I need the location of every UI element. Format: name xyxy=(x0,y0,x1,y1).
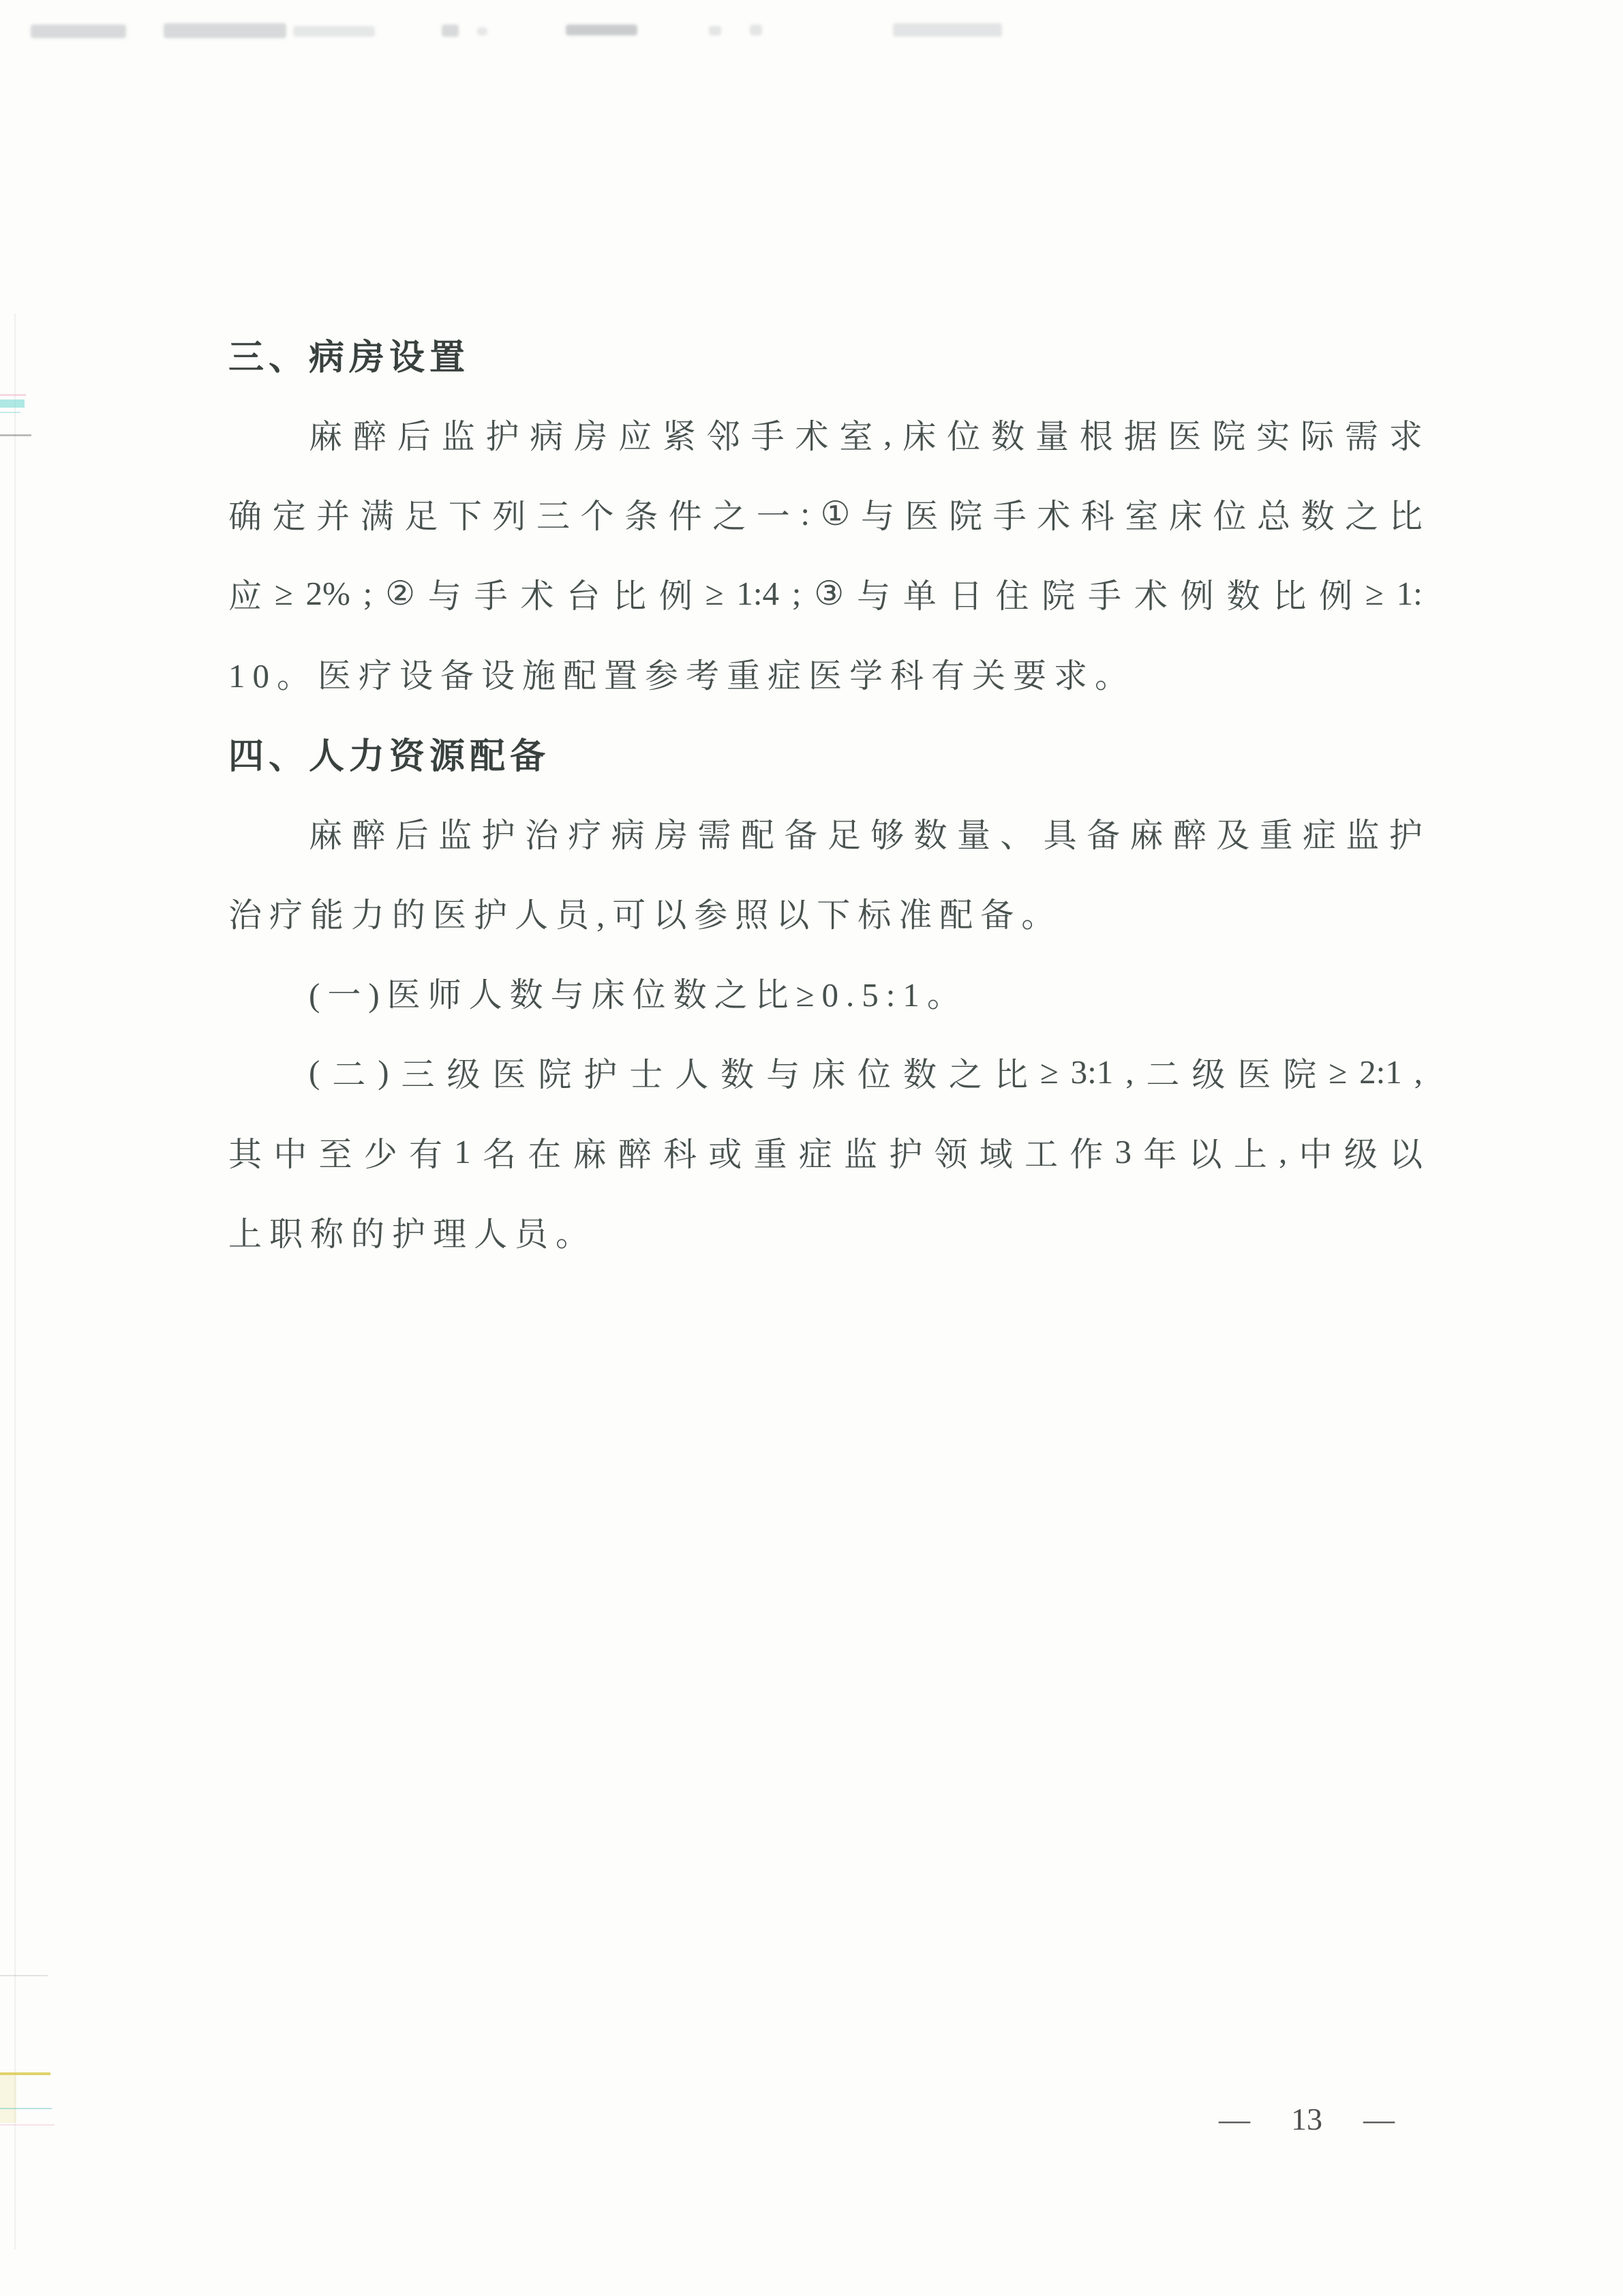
scan-edge-mark xyxy=(0,394,26,396)
text-line: (一)医师人数与床位数之比≥0.5:1。 xyxy=(228,952,1423,1032)
scan-edge-mark xyxy=(0,2124,55,2126)
scan-smudge xyxy=(709,26,721,35)
scan-edge-mark xyxy=(0,2075,16,2123)
text-line: 上职称的护理人员。 xyxy=(228,1192,1423,1271)
scan-smudge xyxy=(164,23,286,38)
scan-edge-mark xyxy=(0,434,31,436)
scan-smudge xyxy=(893,23,1002,37)
scan-edge-mark xyxy=(0,2072,50,2075)
text-line: (二)三级医院护士人数与床位数之比≥3:1,二级医院≥2:1, xyxy=(228,1032,1423,1112)
text-line: 治疗能力的医护人员,可以参照以下标准配备。 xyxy=(228,873,1423,952)
text-line: 其中至少有1名在麻醉科或重症监护领域工作3年以上,中级以 xyxy=(228,1112,1423,1192)
scan-smudge xyxy=(750,25,762,35)
scan-edge-mark xyxy=(0,399,25,408)
scan-edge-mark xyxy=(0,2108,52,2109)
scan-smudge xyxy=(477,27,487,35)
section-heading-ward-setup: 三、病房设置 xyxy=(228,314,1423,394)
scan-smudge xyxy=(31,25,126,38)
scan-smudge xyxy=(442,25,459,37)
scan-edge-mark xyxy=(0,412,20,413)
scan-edge-mark xyxy=(0,1975,48,1976)
scan-smudge xyxy=(566,25,637,35)
text-line: 应≥2%;②与手术台比例≥1:4;③与单日住院手术例数比例≥1: xyxy=(228,554,1423,633)
document-page: 三、病房设置 麻醉后监护病房应紧邻手术室,床位数量根据医院实际需求 确定并满足下… xyxy=(0,0,1623,2296)
footer-dash-left: — xyxy=(1219,2101,1250,2137)
document-body: 三、病房设置 麻醉后监护病房应紧邻手术室,床位数量根据医院实际需求 确定并满足下… xyxy=(228,314,1423,1271)
page-number: 13 xyxy=(1291,2101,1322,2137)
scan-smudge xyxy=(293,26,375,37)
footer-dash-right: — xyxy=(1363,2101,1395,2137)
text-line: 确定并满足下列三个条件之一:①与医院手术科室床位总数之比 xyxy=(228,474,1423,554)
text-line: 10。医疗设备设施配置参考重症医学科有关要求。 xyxy=(228,633,1423,713)
text-line: 麻醉后监护治疗病房需配备足够数量、具备麻醉及重症监护 xyxy=(228,793,1423,873)
section-heading-human-resources: 四、人力资源配备 xyxy=(228,713,1423,793)
page-number-footer: — 13 — xyxy=(1219,2098,1395,2139)
scan-edge-line xyxy=(14,314,16,2250)
text-line: 麻醉后监护病房应紧邻手术室,床位数量根据医院实际需求 xyxy=(228,394,1423,474)
